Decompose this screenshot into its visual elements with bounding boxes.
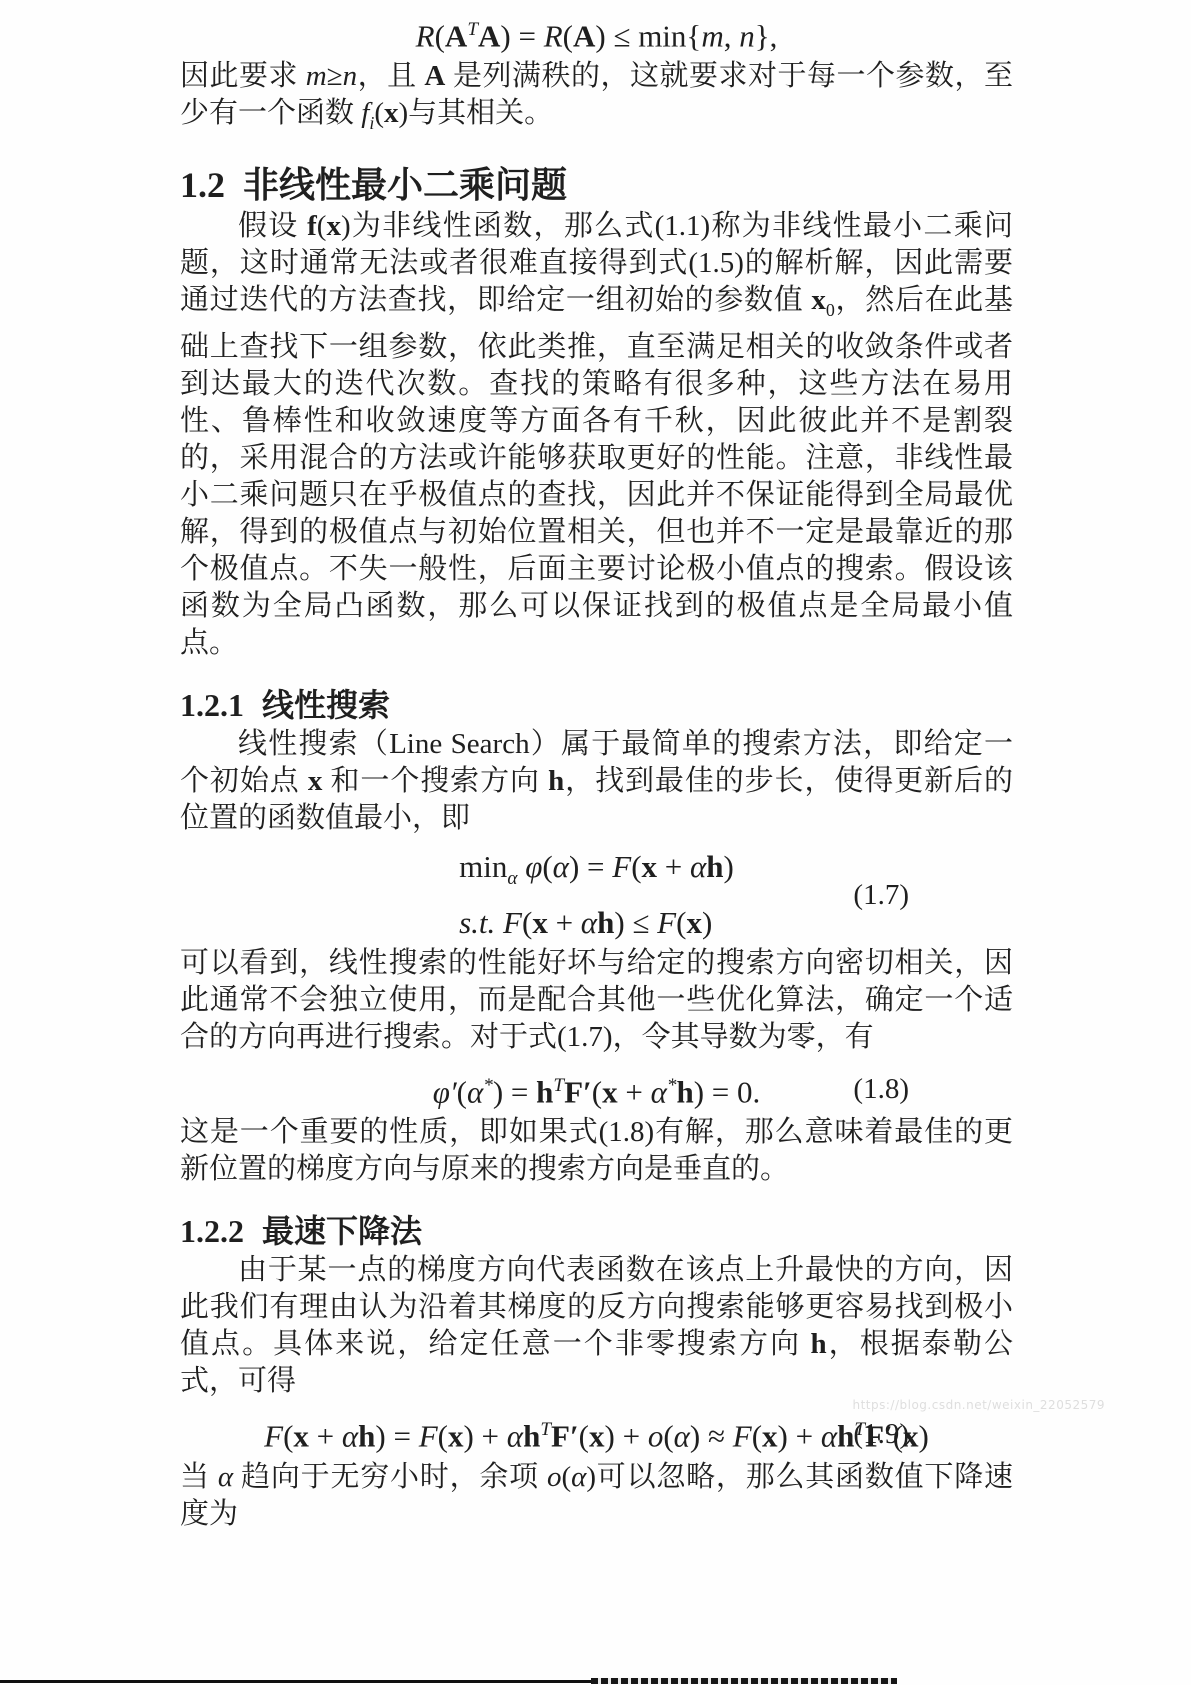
paragraph-after-1-7: 可以看到，线性搜索的性能好坏与给定的搜索方向密切相关，因此通常不会独立使用，而是… bbox=[180, 945, 1013, 1056]
equation-label-1-9: (1.9) bbox=[853, 1412, 909, 1456]
section-number: 1.2.2 bbox=[180, 1213, 244, 1249]
equation-lines: R(ATA) = R(A) ≤ min{m, n}, bbox=[416, 8, 778, 58]
page-content: R(ATA) = R(A) ≤ min{m, n}, 因此要求 m≥n，且 A … bbox=[180, 0, 1013, 1533]
equation-line: F(x + αh) = F(x) + αhTF′(x) + o(α) ≈ F(x… bbox=[264, 1408, 929, 1458]
equation-lines: φ′(α*) = hTF′(x + α*h) = 0. bbox=[433, 1064, 761, 1114]
bottom-edge-line bbox=[0, 1680, 591, 1683]
equation-line: φ′(α*) = hTF′(x + α*h) = 0. bbox=[433, 1064, 761, 1114]
equation-label-1-7: (1.7) bbox=[853, 873, 909, 917]
paragraph-after-1-8: 这是一个重要的性质，即如果式(1.8)有解，那么意味着最佳的更新位置的梯度方向与… bbox=[180, 1114, 1013, 1188]
section-heading-1-2: 1.2非线性最小二乘问题 bbox=[180, 162, 1013, 208]
equation-1-9: F(x + αh) = F(x) + αhTF′(x) + o(α) ≈ F(x… bbox=[180, 1408, 1013, 1458]
section-number: 1.2 bbox=[180, 165, 225, 205]
equation-rank: R(ATA) = R(A) ≤ min{m, n}, bbox=[180, 8, 1013, 58]
paragraph-nonlinear-intro: 假设 f(x)为非线性函数，那么式(1.1)称为非线性最小二乘问题，这时通常无法… bbox=[180, 208, 1013, 662]
equation-label-1-8: (1.8) bbox=[853, 1067, 909, 1111]
equation-1-7: minα φ(α) = F(x + αh) s.t. F(x + αh) ≤ F… bbox=[180, 845, 1013, 945]
section-number: 1.2.1 bbox=[180, 687, 244, 723]
section-heading-1-2-1: 1.2.1线性搜索 bbox=[180, 684, 1013, 726]
section-title: 线性搜索 bbox=[262, 687, 390, 723]
equation-lines: F(x + αh) = F(x) + αhTF′(x) + o(α) ≈ F(x… bbox=[264, 1408, 929, 1458]
paragraph-steepest-descent: 由于某一点的梯度方向代表函数在该点上升最快的方向，因此我们有理由认为沿着其梯度的… bbox=[180, 1252, 1013, 1400]
section-title: 非线性最小二乘问题 bbox=[243, 165, 567, 205]
section-title: 最速下降法 bbox=[262, 1213, 422, 1249]
bottom-edge-dashed-bar bbox=[591, 1678, 897, 1684]
paragraph-rank-requirement: 因此要求 m≥n，且 A 是列满秩的，这就要求对于每一个参数，至少有一个函数 f… bbox=[180, 58, 1013, 142]
paragraph-line-search: 线性搜索（Line Search）属于最简单的搜索方法，即给定一个初始点 x 和… bbox=[180, 726, 1013, 837]
csdn-watermark: https://blog.csdn.net/weixin_22052579 bbox=[852, 1398, 1105, 1412]
equation-line: R(ATA) = R(A) ≤ min{m, n}, bbox=[416, 8, 778, 58]
paragraph-after-1-9: 当 α 趋向于无穷小时，余项 o(α)可以忽略，那么其函数值下降速度为 bbox=[180, 1459, 1013, 1533]
document-page: R(ATA) = R(A) ≤ min{m, n}, 因此要求 m≥n，且 A … bbox=[0, 0, 1191, 1685]
equation-1-8: φ′(α*) = hTF′(x + α*h) = 0. (1.8) bbox=[180, 1064, 1013, 1114]
equation-line: s.t. F(x + αh) ≤ F(x) bbox=[459, 901, 734, 945]
equation-line: minα φ(α) = F(x + αh) bbox=[459, 845, 734, 901]
section-heading-1-2-2: 1.2.2最速下降法 bbox=[180, 1210, 1013, 1252]
equation-lines: minα φ(α) = F(x + αh) s.t. F(x + αh) ≤ F… bbox=[459, 845, 734, 945]
